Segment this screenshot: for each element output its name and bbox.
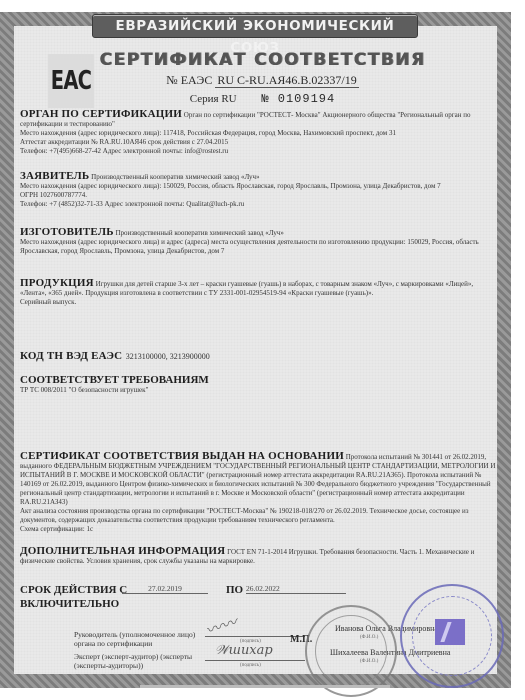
section-manufacturer: ИЗГОТОВИТЕЛЬ Производственный кооператив… [20, 228, 499, 256]
certification-body-stamp [305, 605, 397, 697]
number-prefix: № ЕАЭС [166, 73, 212, 87]
head-signature-label: Руководитель (уполномоченное лицо) орган… [74, 630, 204, 648]
section-heading: СЕРТИФИКАТ СООТВЕТСТВИЯ ВЫДАН НА ОСНОВАН… [20, 450, 344, 462]
certificate-number: № ЕАЭС RU C-RU.АЯ46.В.02337/19 [0, 73, 525, 88]
section-heading: СООТВЕТСТВУЕТ ТРЕБОВАНИЯМ [20, 374, 499, 386]
union-banner: ЕВРАЗИЙСКИЙ ЭКОНОМИЧЕСКИЙ СОЮЗ [92, 14, 418, 38]
certificate-series: Серия RU № 0109194 [0, 92, 525, 106]
expert-signature-label: Эксперт (эксперт-аудитор) (эксперты (экс… [74, 652, 204, 670]
expert-signature-line [205, 660, 305, 661]
section-basis: СЕРТИФИКАТ СООТВЕТСТВИЯ ВЫДАН НА ОСНОВАН… [20, 452, 499, 534]
section-heading: ПРОДУКЦИЯ [20, 277, 94, 289]
section-product: ПРОДУКЦИЯ Игрушки для детей старше 3-х л… [20, 279, 499, 307]
series-value: RU [221, 93, 236, 105]
section-additional-info: ДОПОЛНИТЕЛЬНАЯ ИНФОРМАЦИЯ ГОСТ EN 71-1-2… [20, 547, 499, 566]
validity-date-to: 26.02.2022 [246, 584, 346, 594]
applicant-stamp-logo-icon [435, 619, 465, 645]
section-heading: ОРГАН ПО СЕРТИФИКАЦИИ [20, 108, 182, 120]
serial-number: № 0109194 [261, 92, 335, 106]
validity-label: СРОК ДЕЙСТВИЯ С ВКЛЮЧИТЕЛЬНО [20, 583, 127, 611]
number-value: RU C-RU.АЯ46.В.02337/19 [215, 73, 358, 88]
section-heading: КОД ТН ВЭД ЕАЭС [20, 350, 122, 362]
section-heading: ИЗГОТОВИТЕЛЬ [20, 226, 114, 238]
section-requirements: СООТВЕТСТВУЕТ ТРЕБОВАНИЯМ ТР ТС 008/2011… [20, 374, 499, 395]
section-certification-body: ОРГАН ПО СЕРТИФИКАЦИИ Орган по сертифика… [20, 110, 499, 156]
expert-sign-caption: (подпись) [240, 663, 261, 668]
validity-date-from: 27.02.2019 [122, 584, 208, 594]
expert-signature: 𝒲шихар [215, 643, 273, 658]
validity-to-label: ПО [226, 583, 243, 597]
section-tnved: КОД ТН ВЭД ЕАЭС 3213100000, 3213900000 [20, 352, 499, 362]
certificate-title: СЕРТИФИКАТ СООТВЕТСТВИЯ [0, 50, 525, 70]
series-label: Серия [190, 93, 219, 105]
section-applicant: ЗАЯВИТЕЛЬ Производственный кооператив хи… [20, 172, 499, 209]
section-heading: ЗАЯВИТЕЛЬ [20, 170, 89, 182]
footer-print-line [140, 685, 390, 688]
section-heading: ДОПОЛНИТЕЛЬНАЯ ИНФОРМАЦИЯ [20, 545, 225, 557]
